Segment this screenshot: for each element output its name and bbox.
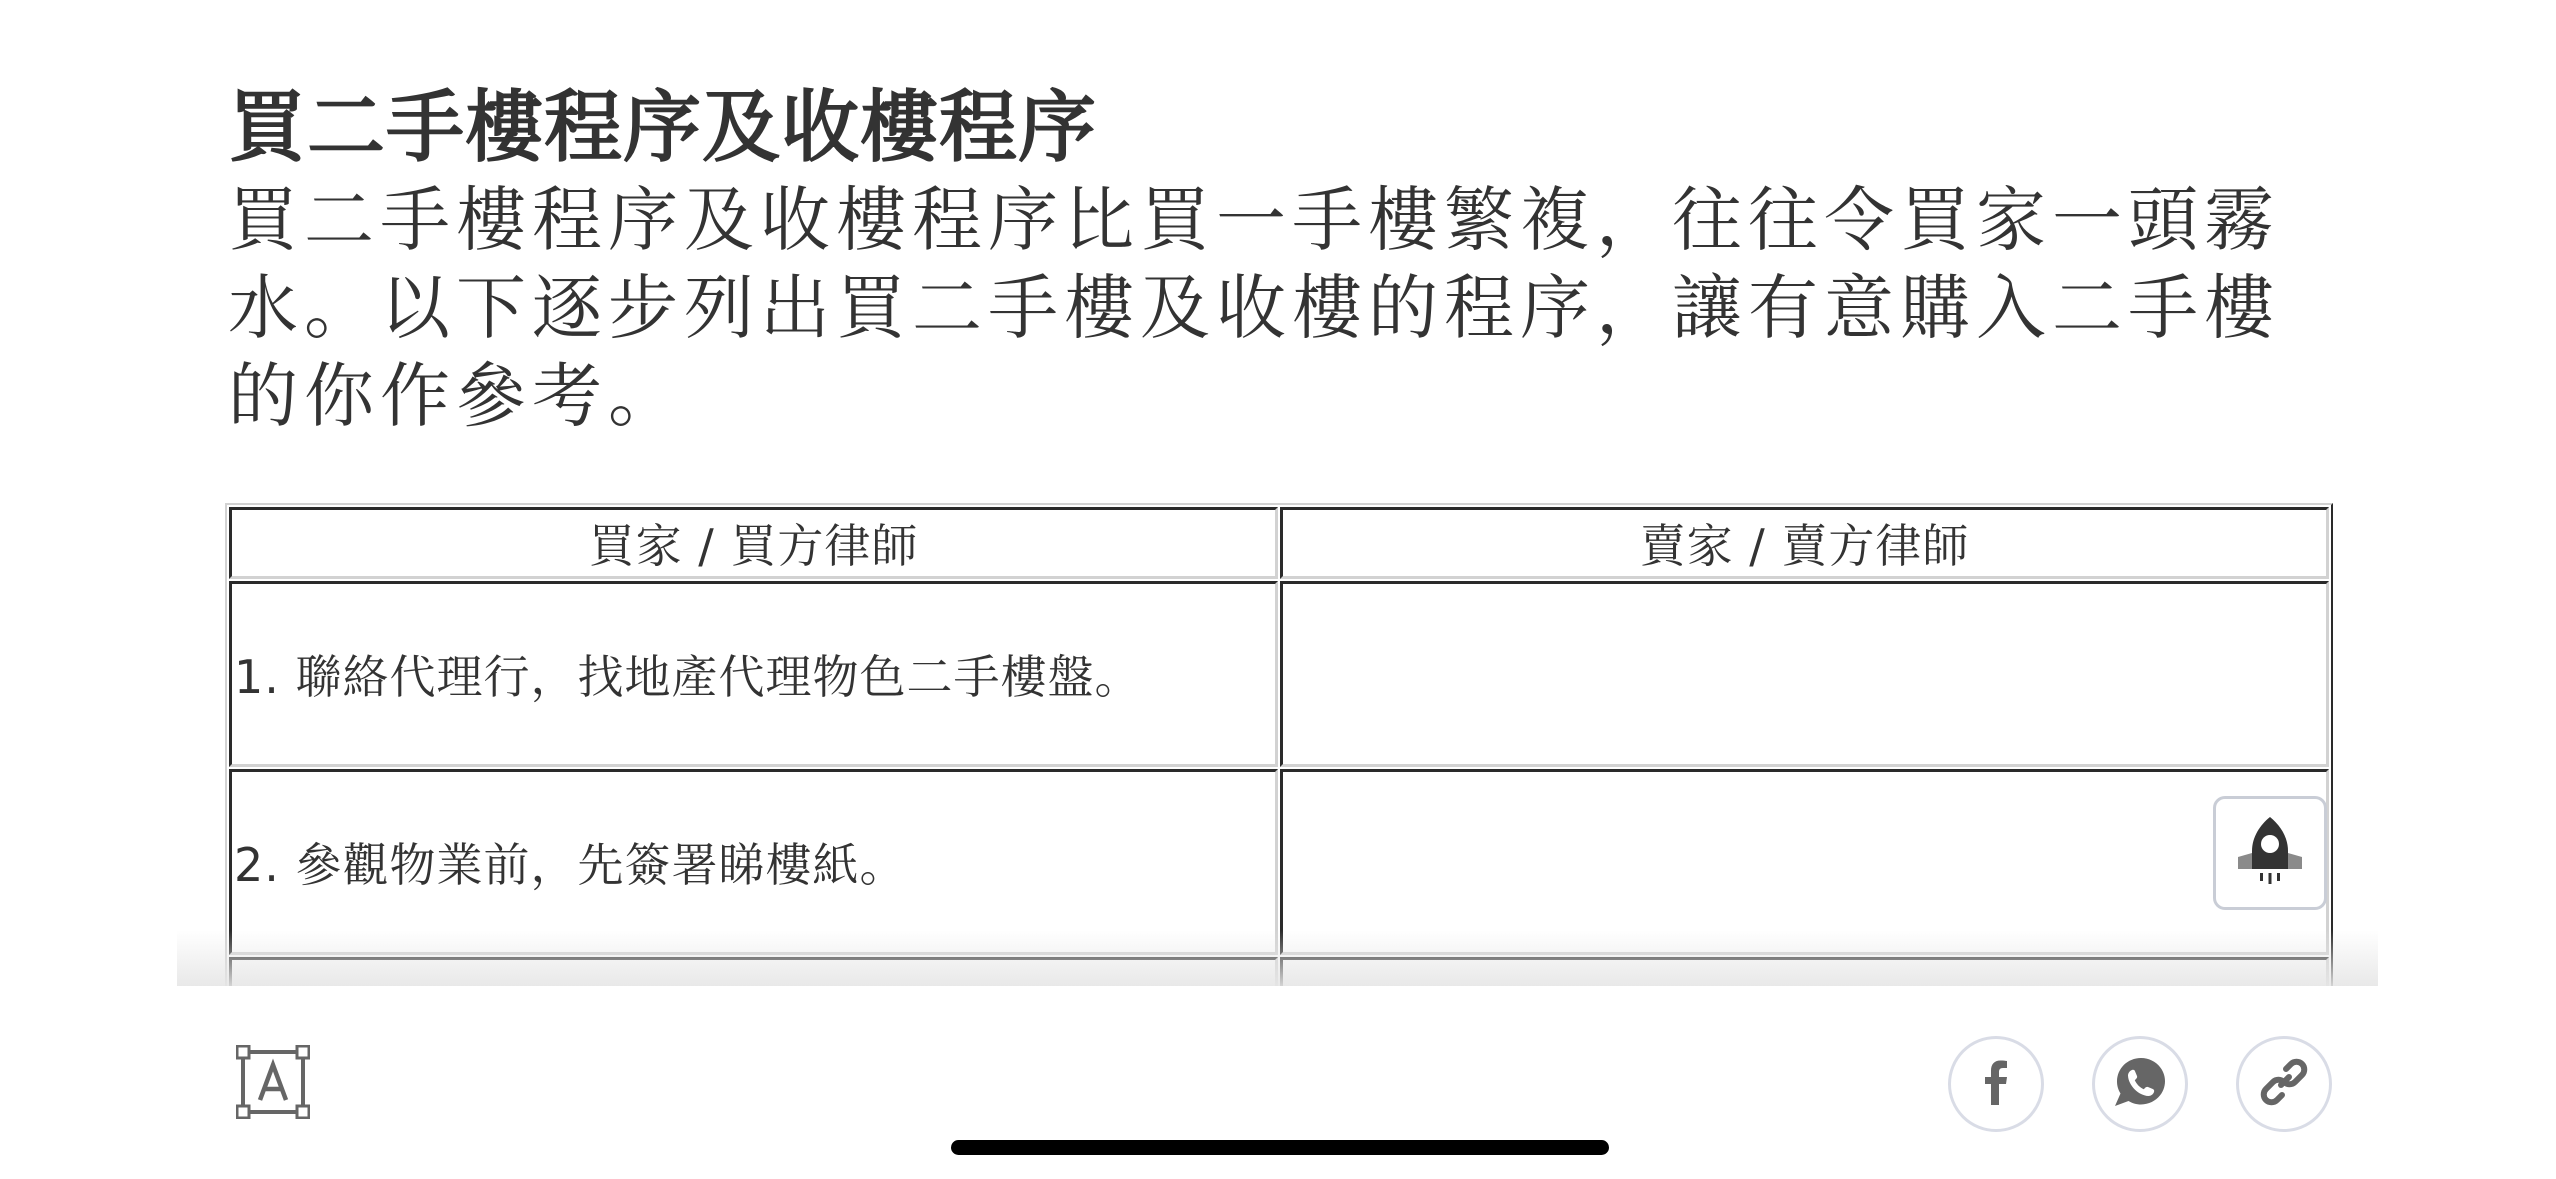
cell-seller-step <box>1280 957 2329 986</box>
article-intro: 買二手樓程序及收樓程序比買一手樓繁複，往往令買家一頭霧水。以下逐步列出買二手樓及… <box>228 176 2338 440</box>
font-size-button[interactable] <box>236 1045 310 1119</box>
cell-buyer-step: 1. 聯絡代理行，找地產代理物色二手樓盤。 <box>229 581 1278 767</box>
link-icon <box>2259 1057 2309 1111</box>
rocket-icon <box>2230 811 2310 895</box>
share-facebook-button[interactable] <box>1948 1036 2044 1132</box>
cell-buyer-step <box>229 957 1278 986</box>
column-header-buyer: 買家 / 買方律師 <box>229 507 1278 579</box>
table-row: 2. 參觀物業前，先簽署睇樓紙。 <box>229 769 2329 955</box>
copy-link-button[interactable] <box>2236 1036 2332 1132</box>
text-size-icon <box>236 1104 310 1123</box>
facebook-icon <box>1976 1059 2016 1109</box>
table-header-row: 買家 / 買方律師 賣家 / 賣方律師 <box>229 507 2329 579</box>
article: 買二手樓程序及收樓程序 買二手樓程序及收樓程序比買一手樓繁複，往往令買家一頭霧水… <box>228 80 2338 440</box>
table-row: 1. 聯絡代理行，找地產代理物色二手樓盤。 <box>229 581 2329 767</box>
article-title: 買二手樓程序及收樓程序 <box>228 80 2338 176</box>
cell-seller-step <box>1280 769 2329 955</box>
article-viewport[interactable]: 買二手樓程序及收樓程序 買二手樓程序及收樓程序比買一手樓繁複，往往令買家一頭霧水… <box>0 0 2556 986</box>
cell-buyer-step: 2. 參觀物業前，先簽署睇樓紙。 <box>229 769 1278 955</box>
column-header-seller: 賣家 / 賣方律師 <box>1280 507 2329 579</box>
process-table: 買家 / 買方律師 賣家 / 賣方律師 1. 聯絡代理行，找地產代理物色二手樓盤… <box>225 503 2333 986</box>
home-indicator[interactable] <box>951 1140 1609 1155</box>
share-whatsapp-button[interactable] <box>2092 1036 2188 1132</box>
back-to-top-button[interactable] <box>2213 796 2327 910</box>
cell-seller-step <box>1280 581 2329 767</box>
table-row <box>229 957 2329 986</box>
whatsapp-icon <box>2112 1054 2168 1114</box>
